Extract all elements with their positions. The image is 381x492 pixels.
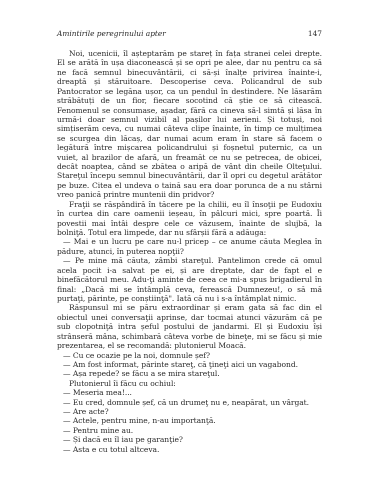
paragraph: Răspunsul mi se păru extraordinar și era… xyxy=(57,303,322,350)
paragraph: Noi, ucenicii, îl așteptarăm pe stareț î… xyxy=(57,49,322,200)
dialogue-line: — Are acte? xyxy=(57,407,322,416)
dialogue-line: — Am fost informat, părinte stareţ, că ţ… xyxy=(57,360,322,369)
running-header: Amintirile peregrinului apter 147 xyxy=(57,29,322,38)
dialogue-line: — Pentru mine au. xyxy=(57,426,322,435)
dialogue-line: — Actele, pentru mine, n-au importanţă. xyxy=(57,416,322,425)
page-body: Noi, ucenicii, îl așteptarăm pe stareț î… xyxy=(57,49,322,454)
paragraph: Fraţii se răspândiră în tăcere pe la chi… xyxy=(57,200,322,238)
book-page: Amintirile peregrinului apter 147 Noi, u… xyxy=(0,0,381,492)
dialogue-line: — Și dacă eu îl iau pe garanţie? xyxy=(57,435,322,444)
dialogue-line: — Mai e un lucru pe care nu-l pricep – c… xyxy=(57,237,322,256)
paragraph: Plutonierul îi făcu cu ochiul: xyxy=(57,379,322,388)
dialogue-line: — Eu cred, domnule șef, că un drumeţ nu … xyxy=(57,398,322,407)
dialogue-line: — Asta e cu totul altceva. xyxy=(57,445,322,454)
dialogue-line: — Pe mine mă căuta, zâmbi stareţul. Pant… xyxy=(57,256,322,303)
dialogue-line: — Meseria mea!... xyxy=(57,388,322,397)
dialogue-line: — Așa repede? se făcu a se mira stareţul… xyxy=(57,369,322,378)
dialogue-line: — Cu ce ocazie pe la noi, domnule șef? xyxy=(57,351,322,360)
running-title: Amintirile peregrinului apter xyxy=(57,29,166,38)
page-number: 147 xyxy=(308,29,322,38)
